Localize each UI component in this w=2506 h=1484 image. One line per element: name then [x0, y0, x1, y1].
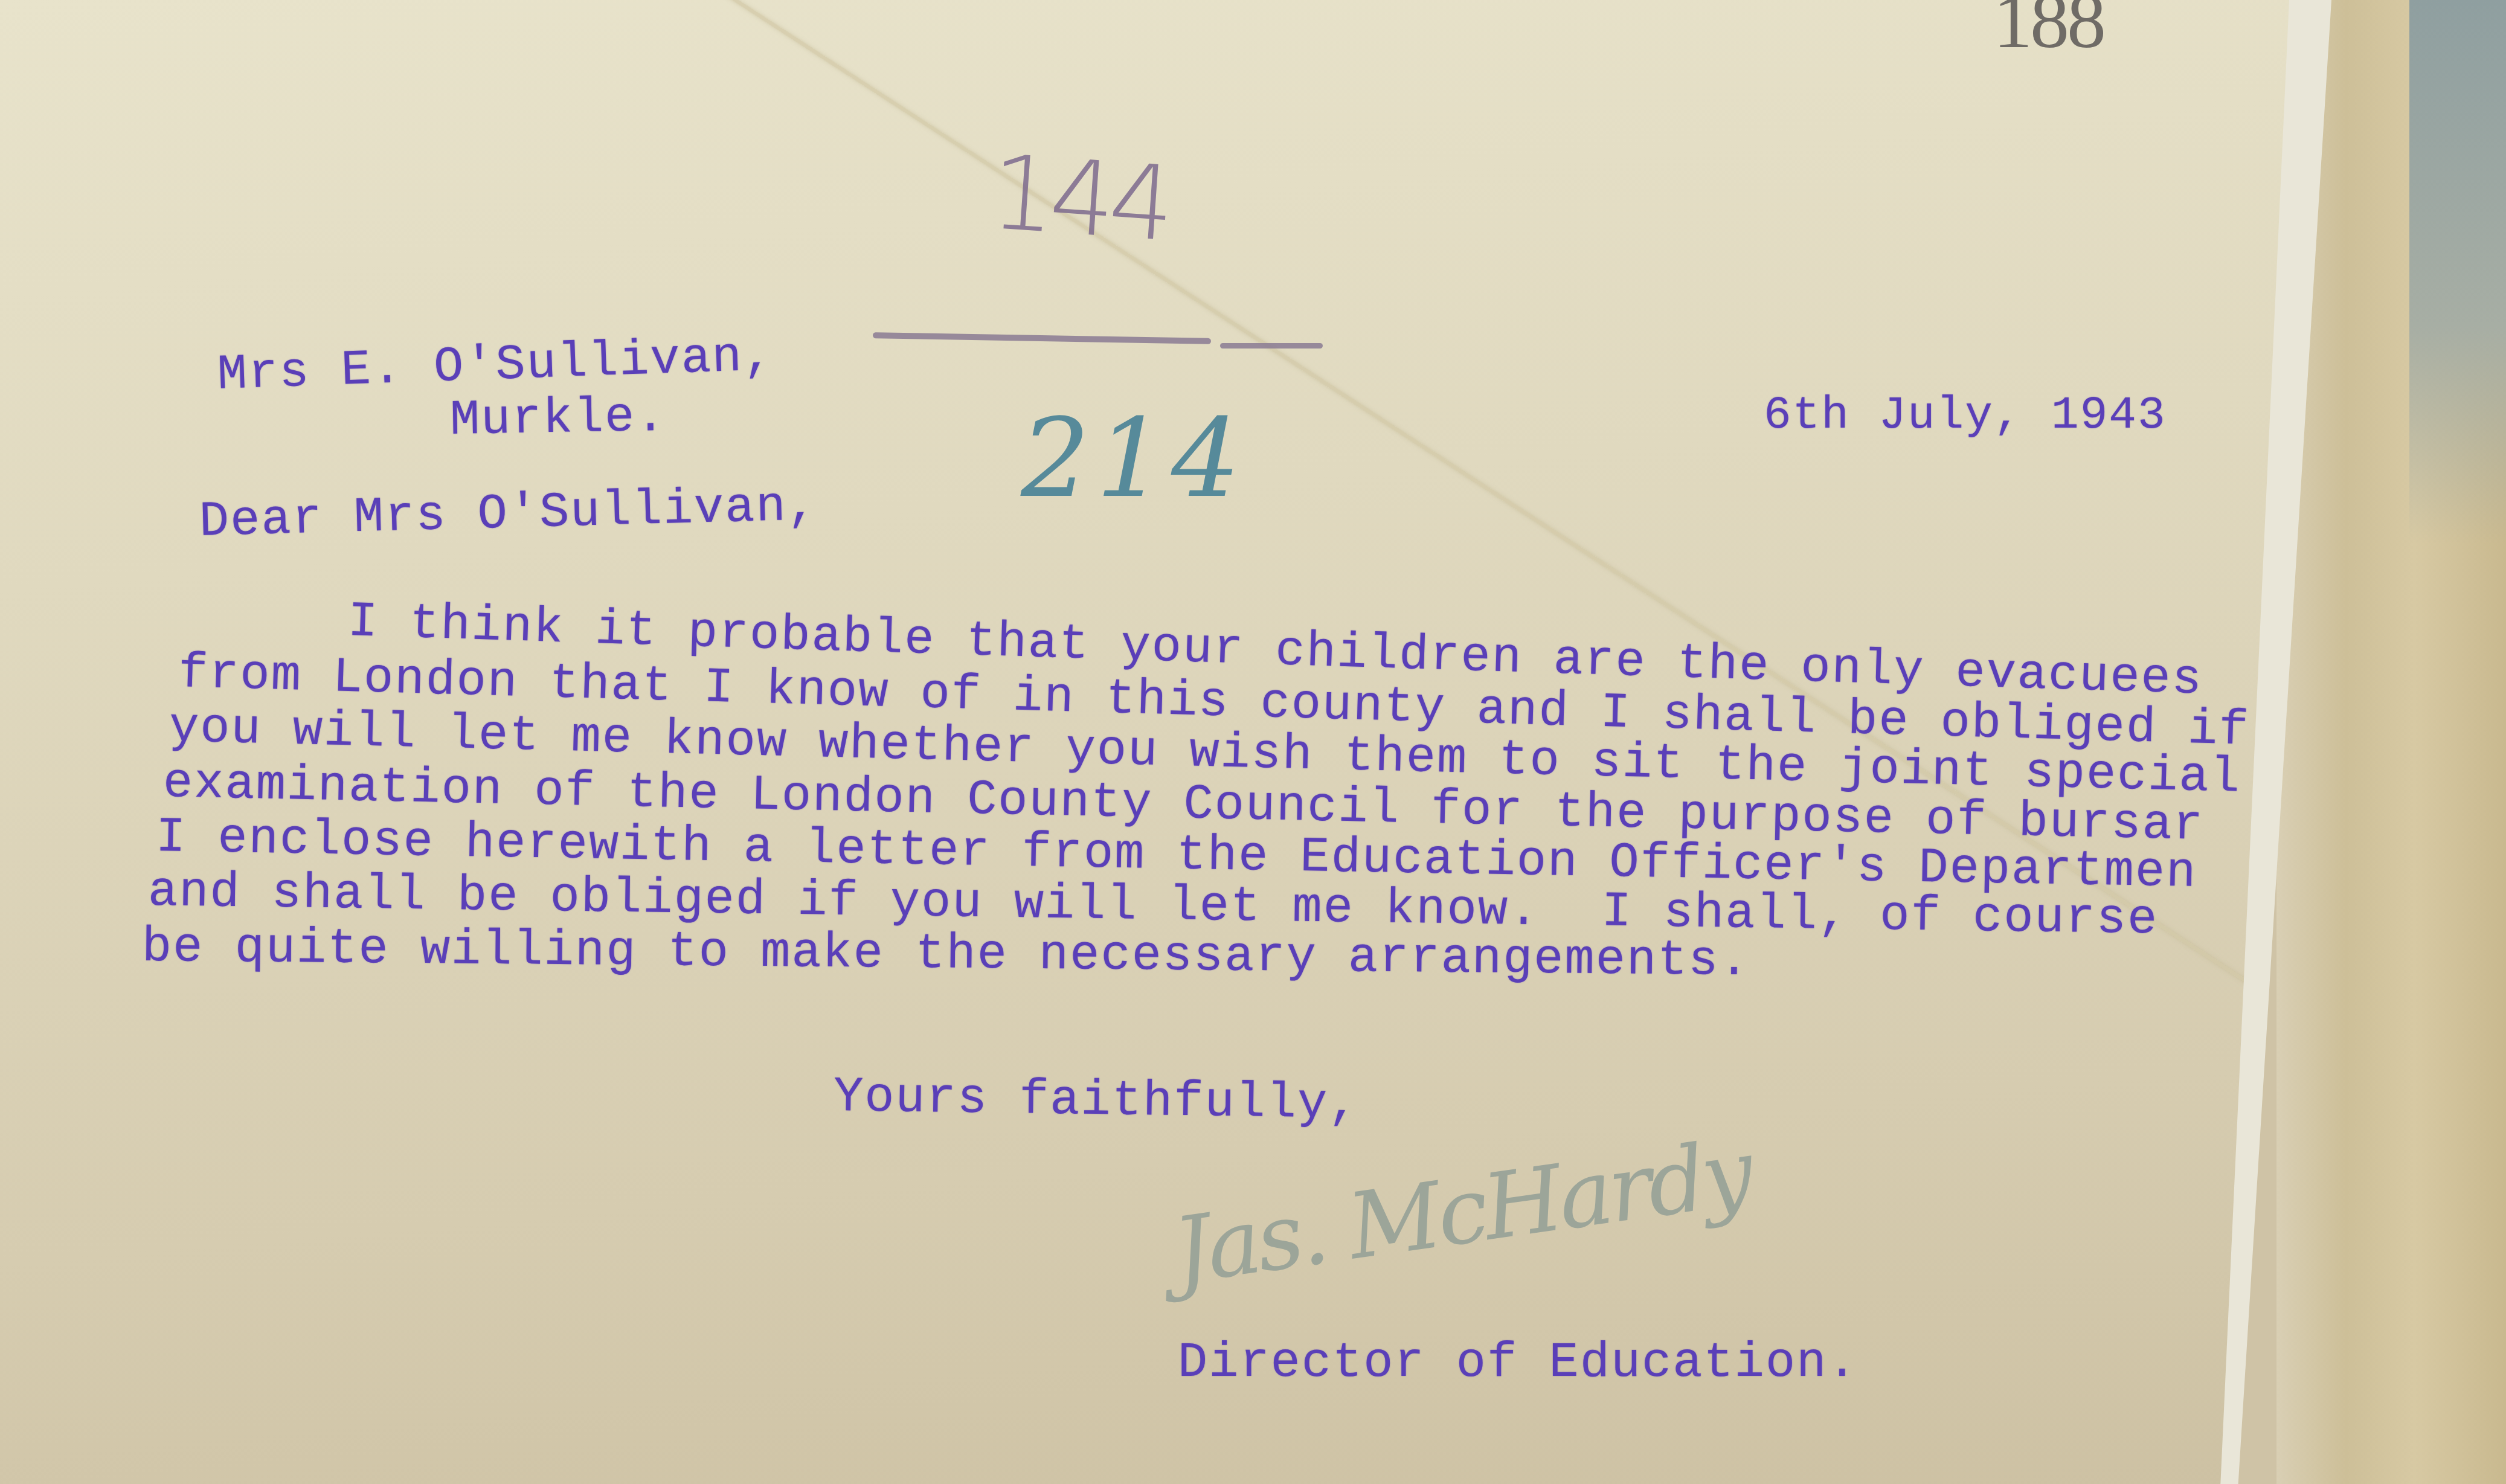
letter-page: 188 144 214 Mrs E. O'Sullivan, Murkle. 6…: [0, 0, 2289, 1484]
signature: Jas. McHardy: [1168, 1120, 1756, 1305]
background-surface: [2409, 0, 2506, 544]
folio-number: 188: [1993, 0, 2104, 66]
closing: Yours faithfully,: [833, 1069, 1360, 1132]
letter-date: 6th July, 1943: [1764, 390, 2167, 442]
salutation: Dear Mrs O'Sullivan,: [199, 478, 818, 550]
handwritten-reference-blue: 214: [1021, 396, 1247, 522]
handwritten-underline: [873, 332, 1211, 344]
handwritten-reference-purple: 144: [986, 133, 1172, 265]
handwritten-underline-tail: [1220, 343, 1323, 349]
recipient-place: Murkle.: [449, 389, 667, 449]
signatory-title: Director of Education.: [1178, 1335, 1859, 1391]
